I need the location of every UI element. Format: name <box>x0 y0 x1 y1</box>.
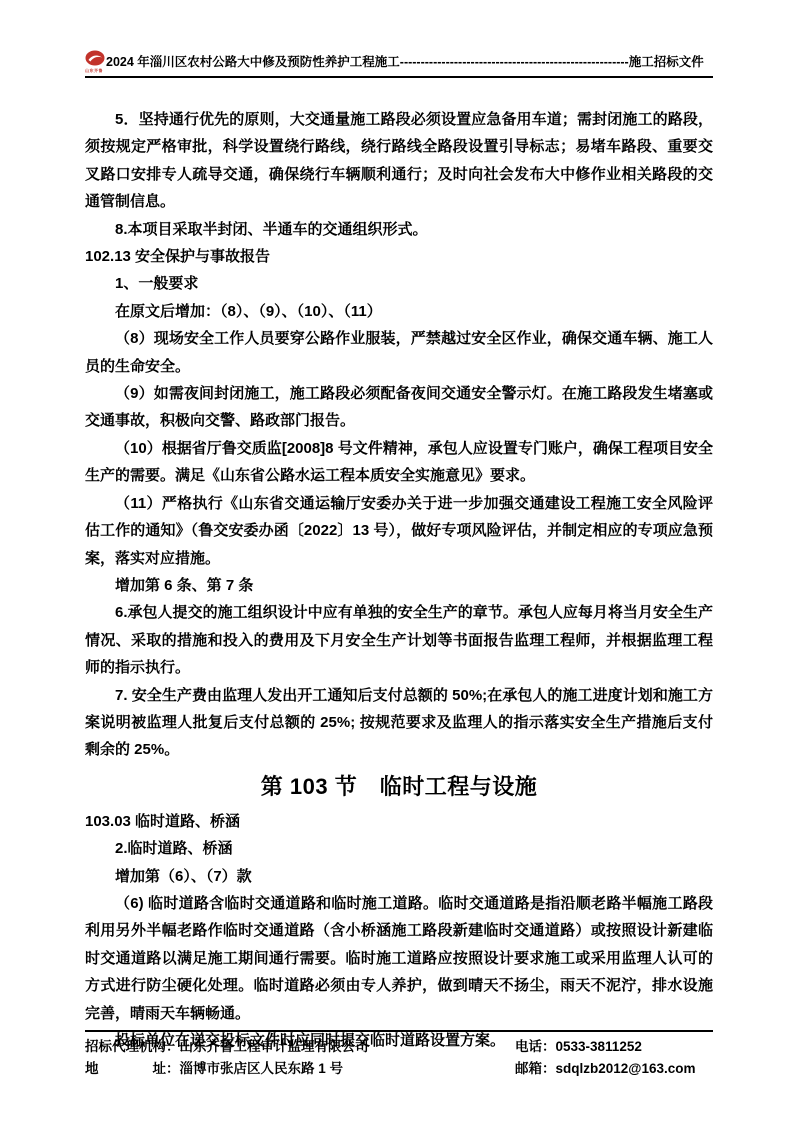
document-page: 山东齐鲁 2024 年淄川区农村公路大中修及预防性养护工程施工---------… <box>0 0 793 1122</box>
footer-email: 邮箱：sdqlzb2012@163.com <box>515 1058 713 1080</box>
paragraph: 8.本项目采取半封闭、半通车的交通组织形式。 <box>85 216 713 243</box>
paragraph: （8）现场安全工作人员要穿公路作业服装，严禁越过安全区作业，确保交通车辆、施工人… <box>85 325 713 380</box>
footer-phone: 电话：0533-3811252 <box>515 1036 713 1058</box>
paragraph: （6) 临时道路含临时交通道路和临时施工道路。临时交通道路是指沿顺老路半幅施工路… <box>85 890 713 1027</box>
footer-address: 地 址：淄博市张店区人民东路 1 号 <box>85 1058 515 1080</box>
paragraph: （11）严格执行《山东省交通运输厅安委办关于进一步加强交通建设工程施工安全风险评… <box>85 490 713 572</box>
logo-caption: 山东齐鲁 <box>85 69 103 73</box>
clause-heading-103-03: 103.03 临时道路、桥涵 <box>85 808 713 835</box>
paragraph: 7. 安全生产费由监理人发出开工通知后支付总额的 50%;在承包人的施工进度计划… <box>85 682 713 764</box>
page-footer: 招标代理机构：山东齐鲁工程审计监理有限公司 电话：0533-3811252 地 … <box>85 1030 713 1079</box>
paragraph: 增加第（6）、（7）款 <box>85 863 713 890</box>
page-header: 山东齐鲁 2024 年淄川区农村公路大中修及预防性养护工程施工---------… <box>85 50 713 78</box>
company-seal-icon: 山东齐鲁 <box>85 50 105 72</box>
paragraph: 增加第 6 条、第 7 条 <box>85 572 713 599</box>
document-title: 2024 年淄川区农村公路大中修及预防性养护工程施工--------------… <box>106 55 704 69</box>
section-heading-103: 第 103 节 临时工程与设施 <box>85 769 713 805</box>
paragraph: 5．坚持通行优先的原则，大交通量施工路段必须设置应急备用车道；需封闭施工的路段，… <box>85 106 713 216</box>
subclause-heading: 1、一般要求 <box>85 270 713 297</box>
paragraph: （9）如需夜间封闭施工，施工路段必须配备夜间交通安全警示灯。在施工路段发生堵塞或… <box>85 380 713 435</box>
document-body: 5．坚持通行优先的原则，大交通量施工路段必须设置应急备用车道；需封闭施工的路段，… <box>85 106 713 1054</box>
subclause-heading: 2.临时道路、桥涵 <box>85 835 713 862</box>
footer-agency: 招标代理机构：山东齐鲁工程审计监理有限公司 <box>85 1036 515 1058</box>
clause-heading-102-13: 102.13 安全保护与事故报告 <box>85 243 713 270</box>
paragraph: （10）根据省厅鲁交质监[2008]8 号文件精神，承包人应设置专门账户，确保工… <box>85 435 713 490</box>
paragraph: 6.承包人提交的施工组织设计中应有单独的安全生产的章节。承包人应每月将当月安全生… <box>85 599 713 681</box>
paragraph: 在原文后增加：（8）、（9）、（10）、（11） <box>85 298 713 325</box>
